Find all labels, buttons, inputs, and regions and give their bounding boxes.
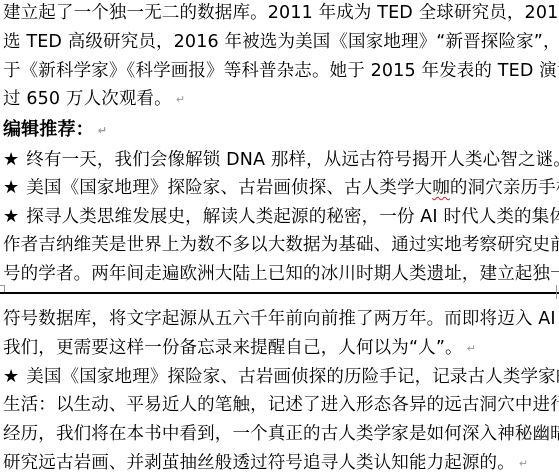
star-bullet-icon: ★ bbox=[3, 206, 19, 227]
paragraph-mark-icon: ↵ bbox=[467, 342, 476, 355]
line-text: 选 TED 高级研究员，2016 年被选为美国《国家地理》“新晋探险家”，作品见 bbox=[3, 32, 559, 52]
text-line: 建立起了一个独一无二的数据库。2011 年成为 TED 全球研究员，2013-2… bbox=[3, 0, 559, 26]
bullet-item: ★探寻人类思维发展史，解读人类起源的秘密，一份 AI 时代人类的集体备忘录： bbox=[3, 204, 559, 230]
spelling-error-word[interactable]: 咖 bbox=[432, 178, 450, 198]
text-line: 符号数据库，将文字起源从五六千年前向前推了两万年。而即将迈入 AI 时代的 bbox=[3, 306, 559, 332]
bullet-item: ★美国《国家地理》探险家、古岩画侦探、古人类学大咖的洞穴亲历手札。↵ bbox=[3, 175, 559, 201]
text-line: 于《新科学家》《科学画报》等科普杂志。她于 2015 年发表的 TED 演讲已有… bbox=[3, 58, 559, 84]
star-bullet-icon: ★ bbox=[3, 366, 19, 387]
line-text: 作者吉纳维芙是世界上为数不多以大数据为基础、通过实地考察研究史前几何符 bbox=[3, 235, 559, 255]
section-heading: 编辑推荐：↵ bbox=[3, 117, 559, 143]
text-line: 研究远古岩画、并剥茧抽丝般透过符号追寻人类认知能力起源的。↵ bbox=[3, 450, 559, 474]
heading-text: 编辑推荐： bbox=[3, 119, 94, 140]
bullet-text: 美国《国家地理》探险家、古岩画侦探、古人类学大 bbox=[26, 178, 432, 198]
star-bullet-icon: ★ bbox=[3, 177, 19, 198]
paragraph-mark-icon: ↵ bbox=[98, 124, 107, 137]
line-text: 号的学者。两年间走遍欧洲大陆上已知的冰川时期人类遗址，建立起独一无二的 bbox=[3, 264, 559, 284]
line-text: 我们，更需要这样一份备忘录来提醒自己，人何以为“人”。 bbox=[3, 338, 463, 358]
bullet-text: 终有一天，我们会像解锁 DNA 那样，从远古符号揭开人类心智之谜。 bbox=[26, 150, 559, 170]
bullet-text: 美国《国家地理》探险家、古岩画侦探的历险手记，记录古人类学家的真实 bbox=[26, 367, 559, 387]
text-line: 号的学者。两年间走遍欧洲大陆上已知的冰川时期人类遗址，建立起独一无二的 bbox=[3, 261, 559, 287]
star-bullet-icon: ★ bbox=[3, 149, 19, 170]
paragraph-mark-icon: ↵ bbox=[519, 457, 528, 470]
paragraph-mark-icon: ↵ bbox=[176, 93, 185, 106]
text-line: 我们，更需要这样一份备忘录来提醒自己，人何以为“人”。↵ bbox=[3, 335, 559, 361]
line-text: 过 650 万人次观看。 bbox=[3, 89, 172, 109]
line-text: 符号数据库，将文字起源从五六千年前向前推了两万年。而即将迈入 AI 时代的 bbox=[3, 309, 559, 329]
line-text: 生活：以生动、平易近人的笔触，记述了进入形态各异的远古洞穴中进行探险的 bbox=[3, 395, 559, 415]
line-text: 经历，我们将在本书中看到，一个真正的古人类学家是如何深入神秘幽暗的洞穴 bbox=[3, 424, 559, 444]
document-page[interactable]: 建立起了一个独一无二的数据库。2011 年成为 TED 全球研究员，2013-2… bbox=[0, 0, 559, 474]
bullet-item: ★美国《国家地理》探险家、古岩画侦探的历险手记，记录古人类学家的真实 bbox=[3, 364, 559, 390]
bullet-item: ★终有一天，我们会像解锁 DNA 那样，从远古符号揭开人类心智之谜。↵ bbox=[3, 147, 559, 173]
page-break-rule bbox=[0, 292, 559, 294]
line-text: 于《新科学家》《科学画报》等科普杂志。她于 2015 年发表的 TED 演讲已有… bbox=[3, 61, 559, 81]
bullet-text: 的洞穴亲历手札。 bbox=[450, 178, 559, 198]
line-text: 研究远古岩画、并剥茧抽丝般透过符号追寻人类认知能力起源的。 bbox=[3, 453, 515, 473]
text-line: 经历，我们将在本书中看到，一个真正的古人类学家是如何深入神秘幽暗的洞穴 bbox=[3, 421, 559, 447]
text-line: 选 TED 高级研究员，2016 年被选为美国《国家地理》“新晋探险家”，作品见 bbox=[3, 29, 559, 55]
text-line: 过 650 万人次观看。↵ bbox=[3, 86, 559, 112]
text-line: 生活：以生动、平易近人的笔触，记述了进入形态各异的远古洞穴中进行探险的 bbox=[3, 392, 559, 418]
bullet-text: 探寻人类思维发展史，解读人类起源的秘密，一份 AI 时代人类的集体备忘录： bbox=[26, 207, 559, 227]
text-line: 作者吉纳维芙是世界上为数不多以大数据为基础、通过实地考察研究史前几何符 bbox=[3, 232, 559, 258]
line-text: 建立起了一个独一无二的数据库。2011 年成为 TED 全球研究员，2013-2… bbox=[3, 3, 559, 23]
